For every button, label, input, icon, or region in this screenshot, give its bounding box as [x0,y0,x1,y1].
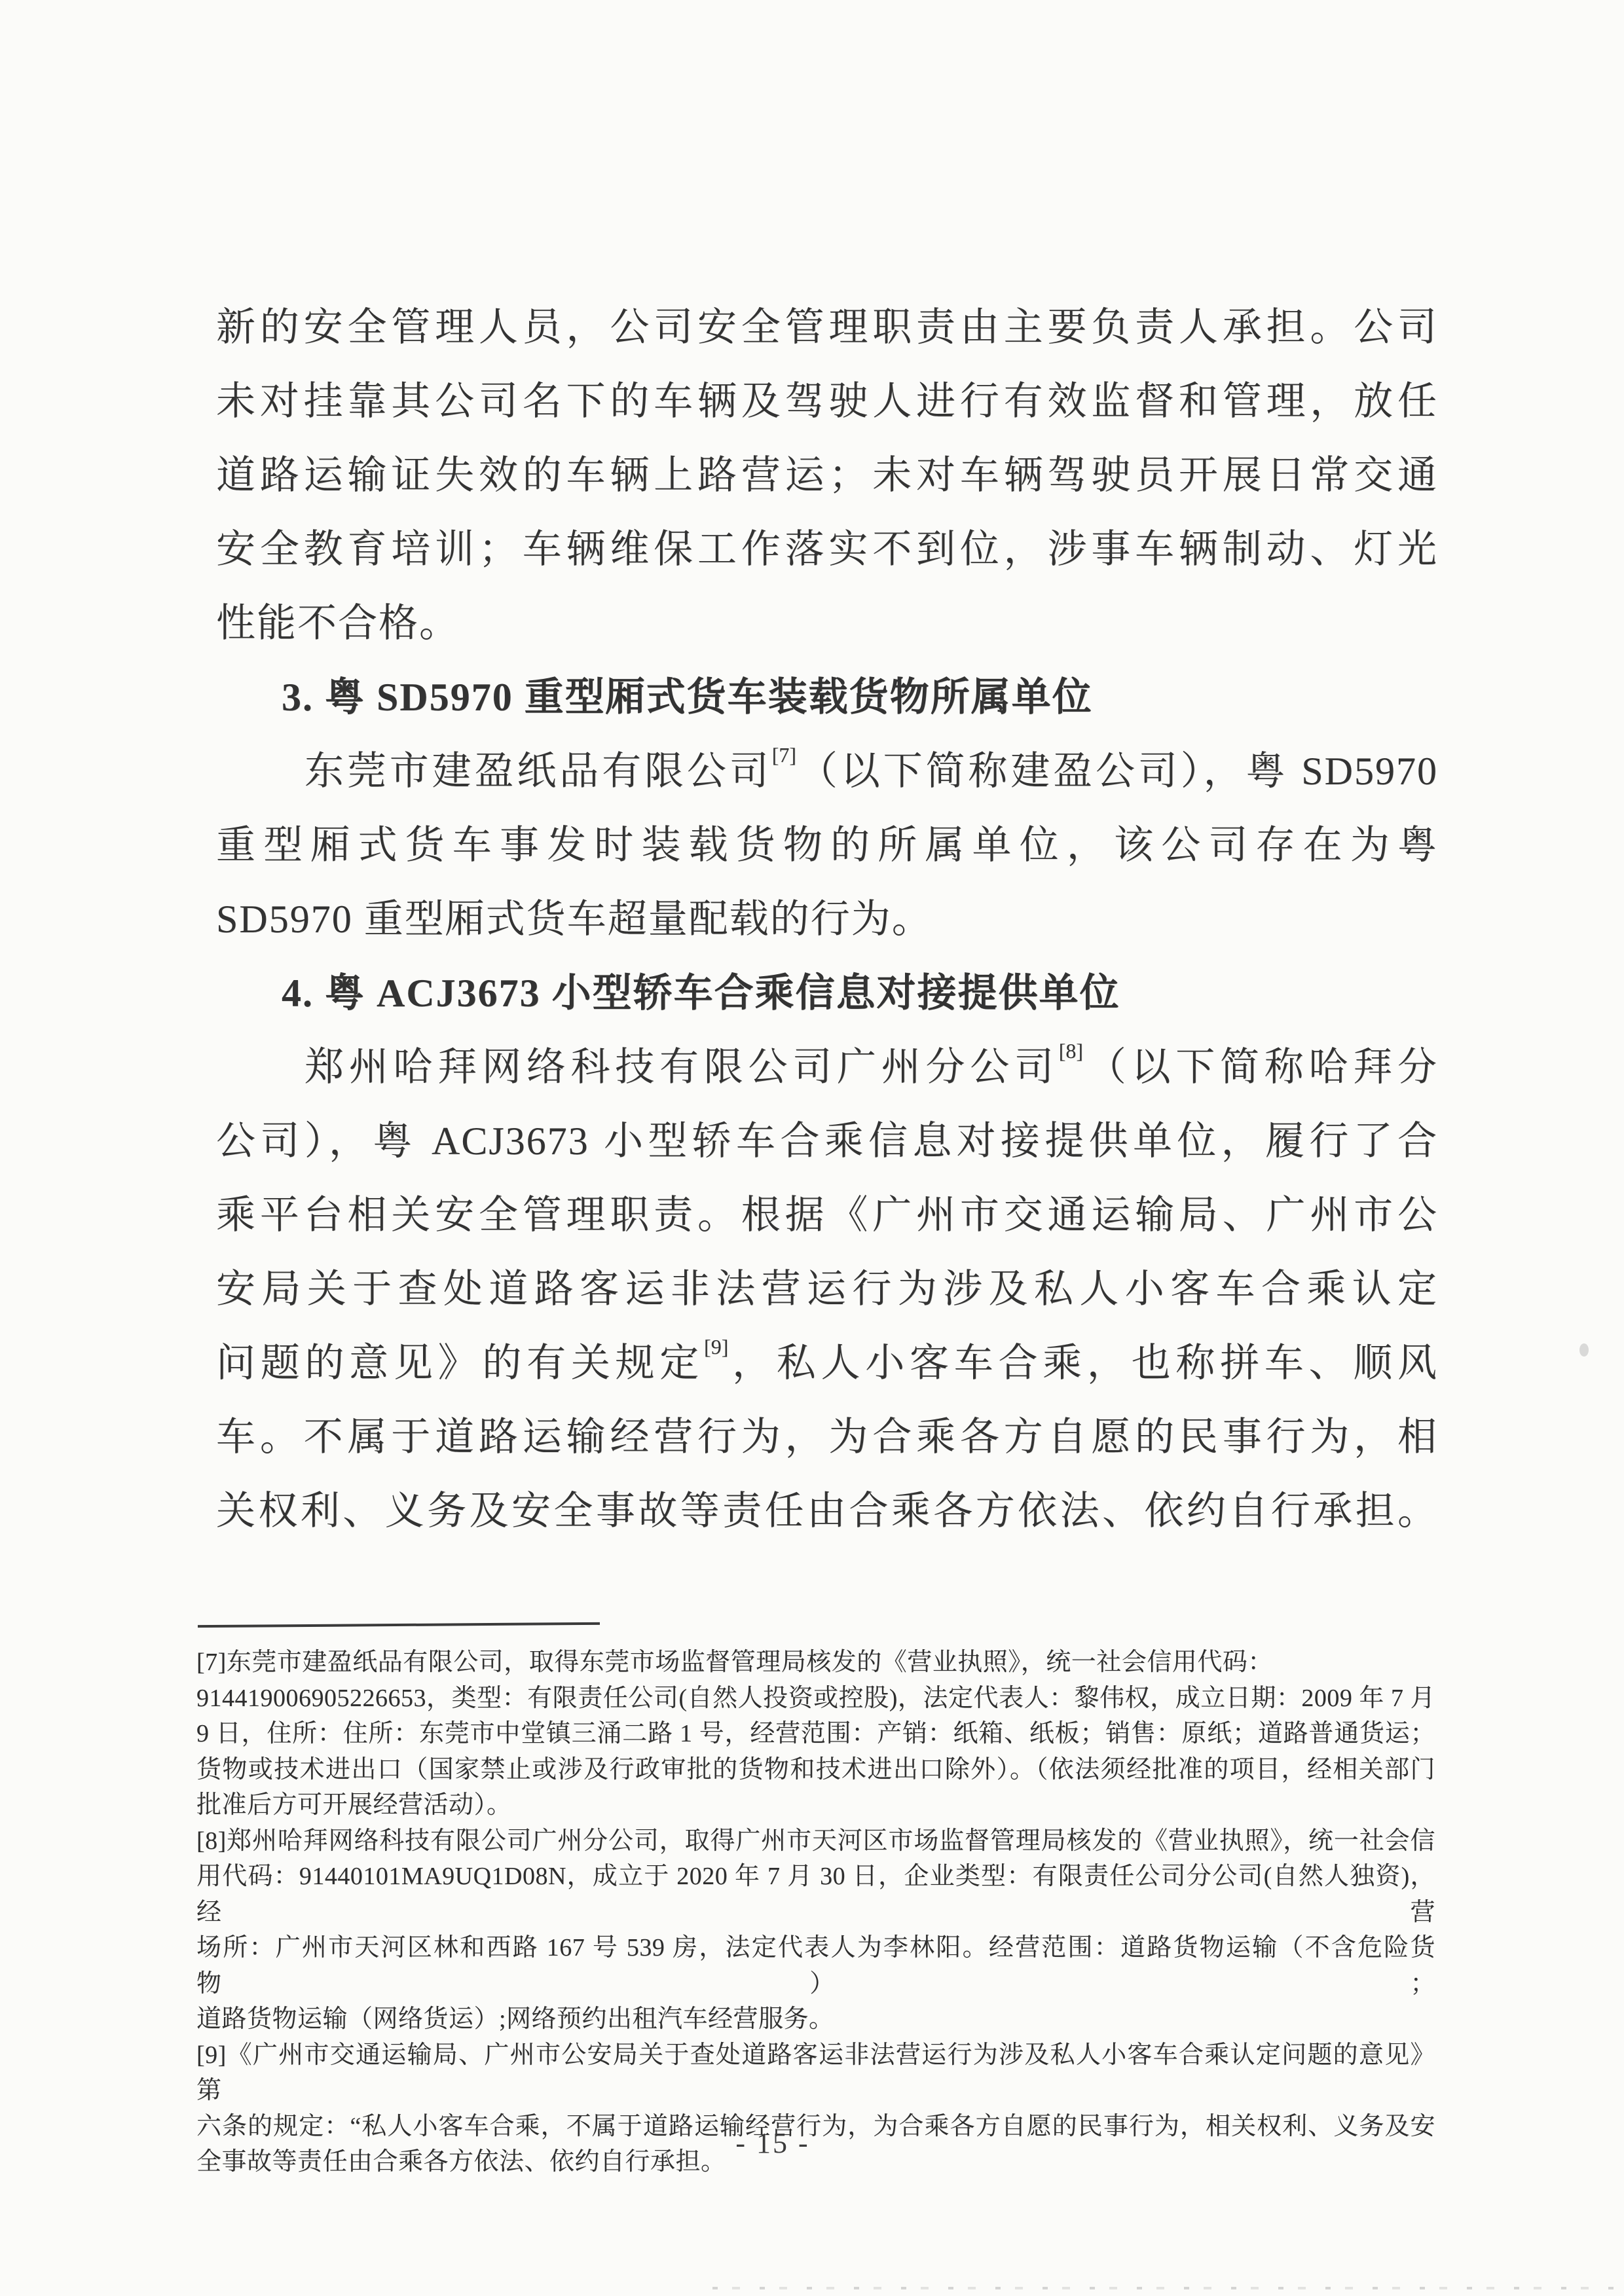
footnotes: [7]东莞市建盈纸品有限公司，取得东莞市场监督管理局核发的《营业执照》，统一社会… [196,1645,1435,2180]
body-line: 3. 粤 SD5970 重型厢式货车装载货物所属单位 [216,661,1438,735]
body-line: 重型厢式货车事发时装载货物的所属单位，该公司存在为粤 [216,809,1438,883]
footnote-line: 批准后方可开展经营活动）。 [196,1787,1435,1823]
body-line: 车。不属于道路运输经营行为，为合乘各方自愿的民事行为，相 [216,1400,1438,1474]
footnote-line: 9 日，住所：住所：东莞市中堂镇三涌二路 1 号，经营范围：产销：纸箱、纸板；销… [196,1716,1435,1752]
footnote-line: 用代码：91440101MA9UQ1D08N，成立于 2020 年 7 月 30… [196,1859,1435,1930]
footnote-line: [8]郑州哈拜网络科技有限公司广州分公司，取得广州市天河区市场监督管理局核发的《… [196,1823,1435,1859]
footnote-ref: [8] [1059,1039,1083,1063]
scan-noise-artifact [712,2287,1623,2289]
body-line: 东莞市建盈纸品有限公司[7]（以下简称建盈公司），粤 SD5970 [216,735,1438,809]
page-number: - 15 - [0,2126,1545,2160]
body-text: 新的安全管理人员，公司安全管理职责由主要负责人承担。公司未对挂靠其公司名下的车辆… [216,291,1438,1548]
body-line: 未对挂靠其公司名下的车辆及驾驶人进行有效监督和管理，放任 [216,365,1438,439]
body-line: 4. 粤 ACJ3673 小型轿车合乘信息对接提供单位 [216,957,1438,1030]
footnote-line: 道路货物运输（网络货运）;网络预约出租汽车经营服务。 [196,2001,1435,2037]
body-line: 安局关于查处道路客运非法营运行为涉及私人小客车合乘认定 [216,1252,1438,1326]
body-line: 问题的意见》的有关规定[9]，私人小客车合乘，也称拼车、顺风 [216,1326,1438,1400]
body-line: 安全教育培训；车辆维保工作落实不到位，涉事车辆制动、灯光 [216,513,1438,587]
body-line: SD5970 重型厢式货车超量配载的行为。 [216,883,1438,957]
footnote-line: 货物或技术进出口（国家禁止或涉及行政审批的货物和技术进出口除外）。（依法须经批准… [196,1752,1435,1788]
scan-dot-artifact [1579,1343,1589,1357]
document-page: 新的安全管理人员，公司安全管理职责由主要负责人承担。公司未对挂靠其公司名下的车辆… [0,0,1624,2296]
body-line: 乘平台相关安全管理职责。根据《广州市交通运输局、广州市公 [216,1178,1438,1252]
footnote-line: [9]《广州市交通运输局、广州市公安局关于查处道路客运非法营运行为涉及私人小客车… [196,2037,1435,2109]
body-line: 公司），粤 ACJ3673 小型轿车合乘信息对接提供单位，履行了合 [216,1104,1438,1178]
footnote-line: 914419006905226653，类型：有限责任公司(自然人投资或控股)，法… [196,1681,1435,1717]
footnote-line: 场所：广州市天河区林和西路 167 号 539 房，法定代表人为李林阳。经营范围… [196,1930,1435,2001]
body-line: 关权利、义务及安全事故等责任由合乘各方依法、依约自行承担。 [216,1474,1438,1548]
body-line: 新的安全管理人员，公司安全管理职责由主要负责人承担。公司 [216,291,1438,365]
footnote-separator [198,1622,600,1628]
body-line: 道路运输证失效的车辆上路营运；未对车辆驾驶员开展日常交通 [216,439,1438,513]
footnote-ref: [7] [772,743,796,767]
footnote-ref: [9] [704,1335,728,1358]
body-line: 郑州哈拜网络科技有限公司广州分公司[8]（以下简称哈拜分 [216,1030,1438,1104]
footnote-line: [7]东莞市建盈纸品有限公司，取得东莞市场监督管理局核发的《营业执照》，统一社会… [196,1645,1435,1681]
body-line: 性能不合格。 [216,587,1438,661]
